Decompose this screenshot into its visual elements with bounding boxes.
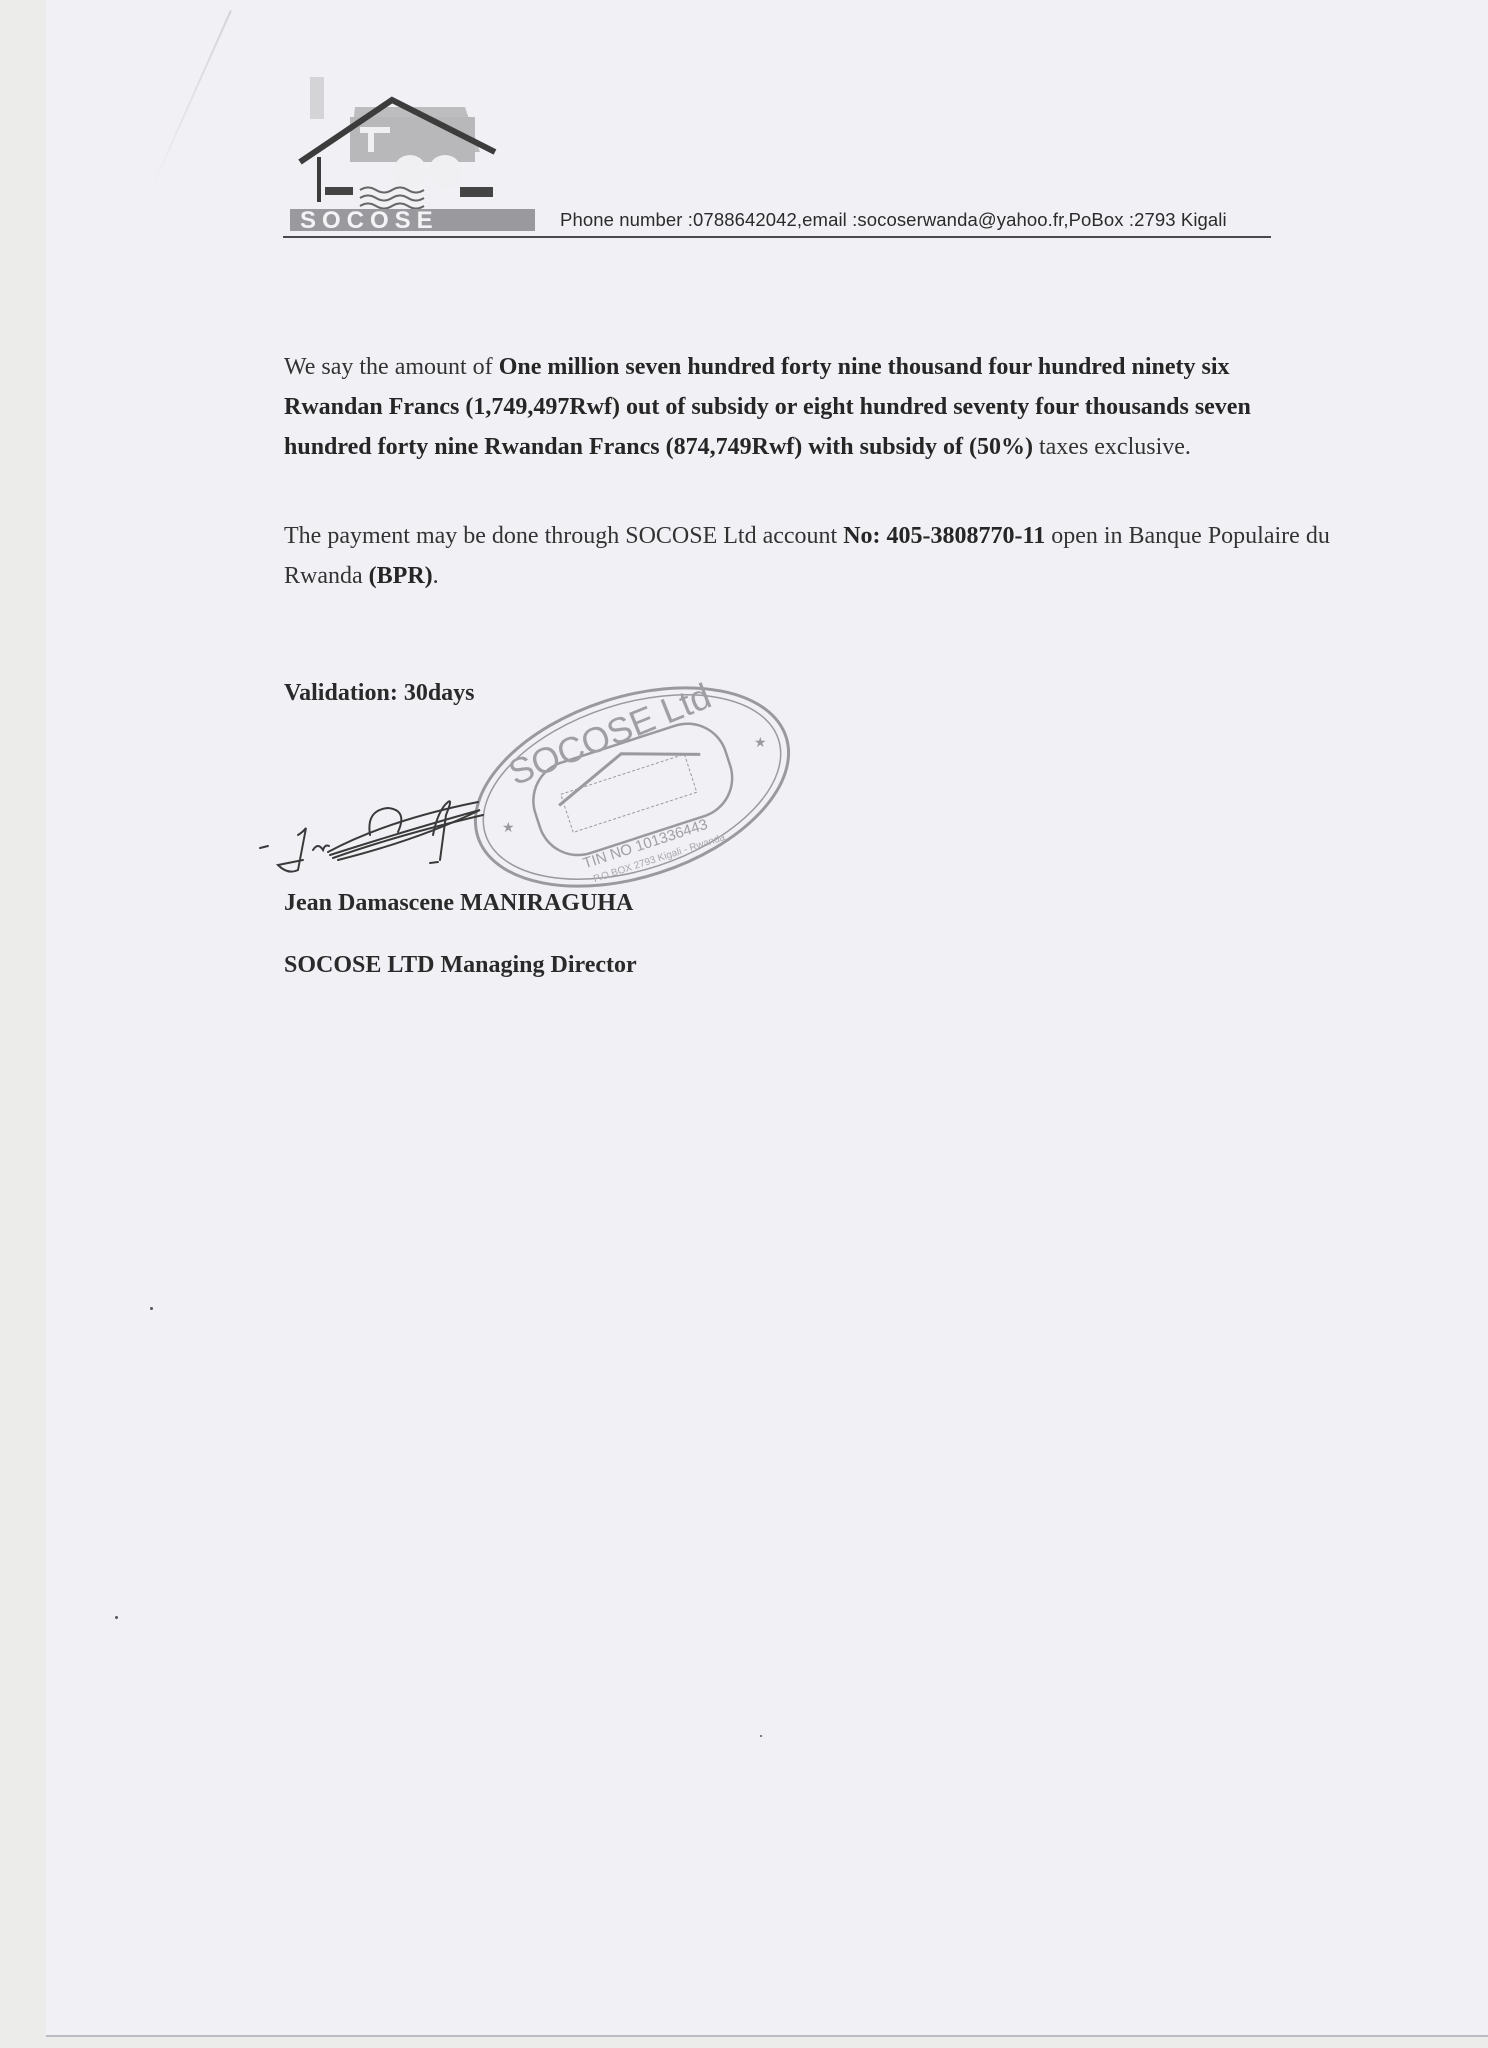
company-stamp-icon: SOCOSE Ltd TIN NO 101336443 P.O.BOX 2793… [462, 672, 802, 902]
signer-title: SOCOSE LTD Managing Director [284, 952, 637, 979]
amount-paragraph: We say the amount of One million seven h… [284, 347, 1334, 467]
payment-intro: The payment may be done through SOCOSE L… [284, 523, 843, 549]
socose-logo-icon: SOCOSE [280, 72, 550, 232]
svg-text:★: ★ [754, 736, 767, 751]
svg-text:★: ★ [502, 821, 515, 836]
scan-speck [150, 1307, 153, 1310]
account-number: No: 405-3808770-11 [843, 523, 1045, 549]
header-divider [283, 236, 1271, 238]
bank-abbr: (BPR) [369, 563, 433, 589]
amount-tail: taxes exclusive. [1033, 434, 1191, 460]
subsidy-percent: (50%) [969, 434, 1033, 460]
signature-icon [258, 780, 498, 880]
validation-period: Validation: 30days [284, 680, 475, 707]
contact-info: Phone number :0788642042,email :socoserw… [560, 209, 1227, 231]
scan-speck [760, 1735, 762, 1737]
payment-paragraph: The payment may be done through SOCOSE L… [284, 516, 1334, 596]
period: . [433, 563, 439, 589]
amount-intro: We say the amount of [284, 354, 499, 380]
document-page [46, 0, 1488, 2037]
signer-name: Jean Damascene MANIRAGUHA [284, 890, 633, 917]
scan-speck [115, 1616, 118, 1619]
svg-text:SOCOSE: SOCOSE [300, 207, 439, 232]
